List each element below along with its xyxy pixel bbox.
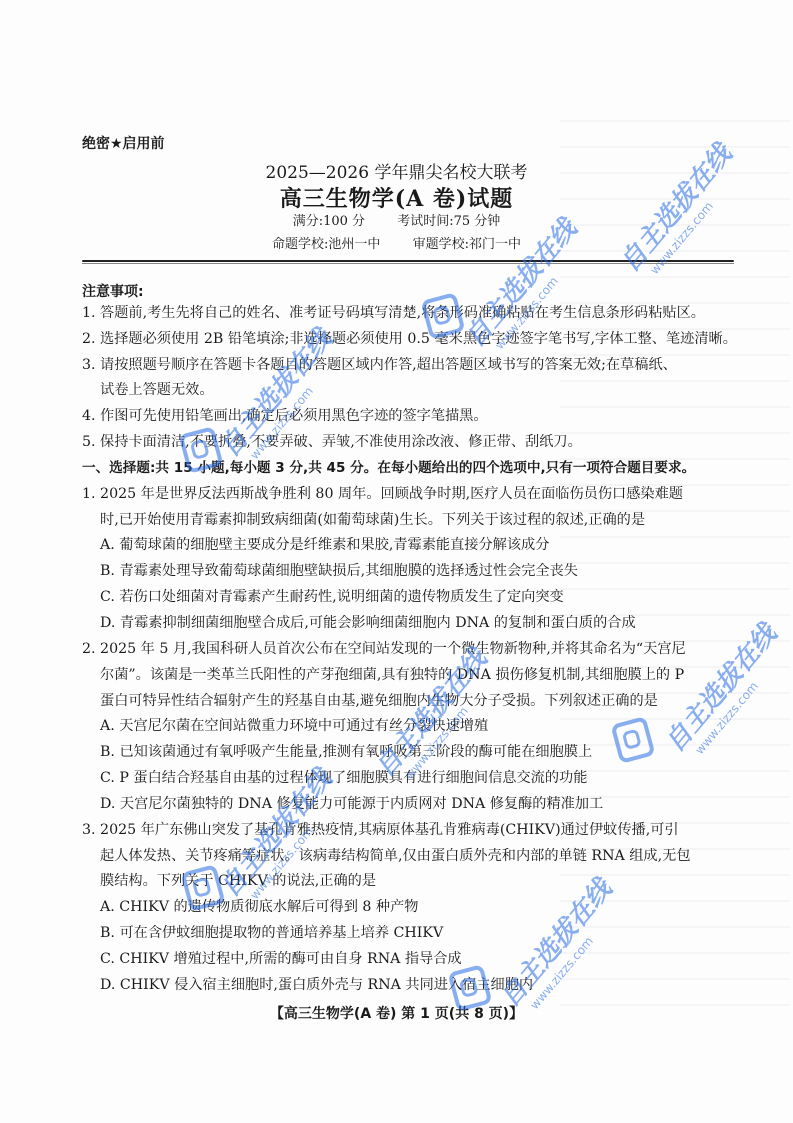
secret-label: 绝密★启用前 <box>82 133 165 153</box>
option-c: C. 若伤口处细菌对青霉素产生耐药性,说明细菌的遗传物质发生了定向突变 <box>100 588 564 606</box>
option-b: B. 已知该菌通过有氧呼吸产生能量,推测有氧呼吸第三阶段的酶可能在细胞膜上 <box>100 743 592 761</box>
notice-item: 5. 保持卡面清洁,不要折叠,不要弄破、弄皱,不准使用涂改液、修正带、刮纸刀。 <box>82 433 582 451</box>
proposing-school: 命题学校:池州一中 <box>272 233 380 252</box>
question-stem: 3. 2025 年广东佛山突发了基孔肯雅热疫情,其病原体基孔肯雅病毒(CHIKV… <box>82 821 679 839</box>
notice-item: 1. 答题前,考生先将自己的姓名、准考证号码填写清楚,将条形码准确粘贴在考生信息… <box>82 304 705 322</box>
full-score: 满分:100 分 <box>293 210 365 229</box>
question-stem: 尔菌”。该菌是一类革兰氏阳性的产芽孢细菌,具有独特的 DNA 损伤修复机制,其细… <box>100 666 684 684</box>
question-stem: 起人体发热、关节疼痛等症状。该病毒结构简单,仅由蛋白质外壳和内部的单链 RNA … <box>100 847 691 865</box>
section-heading: 一、选择题:共 15 小题,每小题 3 分,共 45 分。在每小题给出的四个选项… <box>82 459 695 477</box>
question-stem: 1. 2025 年是世界反法西斯战争胜利 80 周年。回顾战争时期,医疗人员在面… <box>82 485 683 503</box>
reviewing-school: 审题学校:祁门一中 <box>413 233 521 252</box>
notice-item-continued: 试卷上答题无效。 <box>100 381 214 399</box>
option-c: C. CHIKV 增殖过程中,所需的酶可由自身 RNA 指导合成 <box>100 950 462 968</box>
question-stem: 蛋白可特异性结合辐射产生的羟基自由基,避免细胞内生物大分子受损。下列叙述正确的是 <box>100 692 658 710</box>
option-b: B. 青霉素处理导致葡萄球菌细胞壁缺损后,其细胞膜的选择透过性会完全丧失 <box>100 562 578 580</box>
notice-heading: 注意事项: <box>82 281 144 301</box>
option-d: D. 天宫尼尔菌独特的 DNA 修复能力可能源于内质网对 DNA 修复酶的精准加… <box>100 795 603 813</box>
option-c: C. P 蛋白结合羟基自由基的过程体现了细胞膜具有进行细胞间信息交流的功能 <box>100 769 587 787</box>
option-b: B. 可在含伊蚊细胞提取物的普通培养基上培养 CHIKV <box>100 924 443 942</box>
notice-item: 3. 请按照题号顺序在答题卡各题目的答题区域内作答,超出答题区域书写的答案无效;… <box>82 356 677 374</box>
exam-page: 绝密★启用前 2025—2026 学年鼎尖名校大联考 高三生物学(A 卷)试题 … <box>0 0 793 1123</box>
question-stem: 时,已开始使用青霉素抑制致病细菌(如葡萄球菌)生长。下列关于该过程的叙述,正确的… <box>100 511 645 529</box>
question-stem: 2. 2025 年 5 月,我国科研人员首次公布在空间站发现的一个微生物新物种,… <box>82 640 686 658</box>
option-d: D. 青霉素抑制细菌细胞壁合成后,可能会影响细菌细胞内 DNA 的复制和蛋白质的… <box>100 614 636 632</box>
option-a: A. CHIKV 的遗传物质彻底水解后可得到 8 种产物 <box>100 898 419 916</box>
notice-item: 2. 选择题必须使用 2B 铅笔填涂;非选择题必须使用 0.5 毫米黑色字迹签字… <box>82 330 737 348</box>
exam-time: 考试时间:75 分钟 <box>397 210 500 229</box>
option-a: A. 葡萄球菌的细胞壁主要成分是纤维素和果胶,青霉素能直接分解该成分 <box>100 536 549 554</box>
page-footer: 【高三生物学(A 卷) 第 1 页(共 8 页)】 <box>0 1003 793 1023</box>
